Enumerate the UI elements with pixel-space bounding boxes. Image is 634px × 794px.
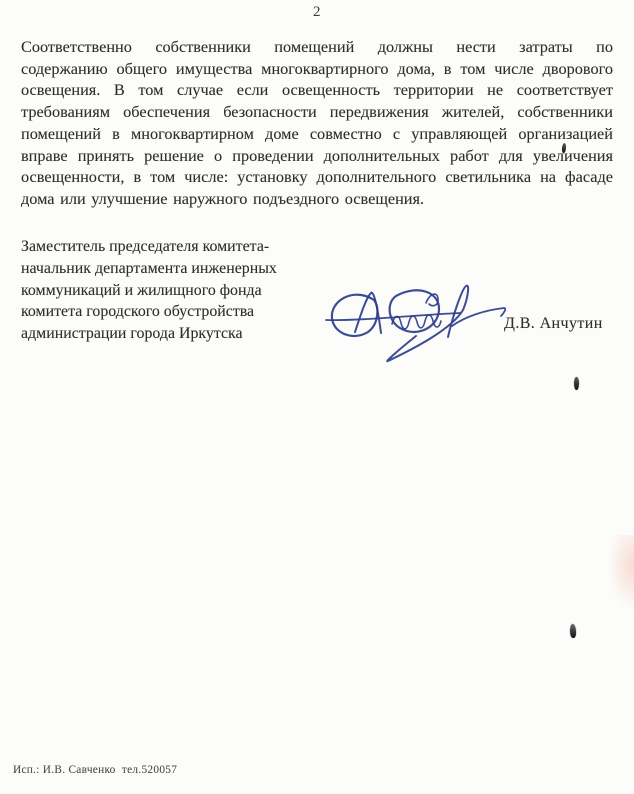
body-line: дома или улучшение наружного подъездного… (21, 188, 613, 210)
signer-title-line: Заместитель председателя комитета- (21, 236, 381, 258)
signer-name: Д.В. Анчутин (504, 315, 603, 333)
document-page: 2 Соответственно собственники помещений … (0, 0, 634, 794)
body-line: освещения. В том случае если освещенност… (21, 79, 613, 101)
body-line: Соответственно собственники помещений до… (21, 36, 613, 58)
signature-icon (316, 258, 516, 370)
scan-speck-icon (570, 624, 577, 638)
body-line: освещенности, в том числе: установку доп… (21, 166, 613, 188)
page-number: 2 (0, 4, 634, 21)
body-paragraph: Соответственно собственники помещений до… (21, 36, 613, 210)
scan-speck-icon (574, 377, 579, 390)
body-line: помещений в многоквартирном доме совмест… (21, 123, 613, 145)
executor-footer: Исп.: И.В. Савченко тел.520057 (13, 764, 177, 776)
body-line: требованиям обеспечения безопасности пер… (21, 101, 613, 123)
scan-smudge (608, 535, 634, 610)
body-line: содержанию общего имущества многоквартир… (21, 58, 613, 80)
body-line: вправе принять решение о проведении допо… (21, 145, 613, 167)
